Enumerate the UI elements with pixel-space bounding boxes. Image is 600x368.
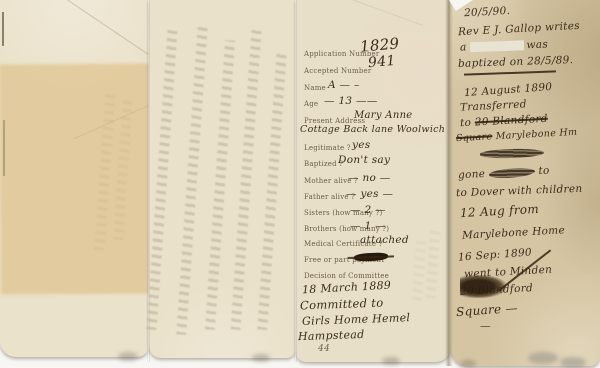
form-value-medical-certificate: attached (360, 234, 409, 246)
decision-initials: 44 (318, 344, 330, 354)
bleedthrough-column (176, 25, 208, 335)
note-text: to Dover with children (456, 183, 583, 199)
bleedthrough-column (257, 50, 287, 330)
note-line: Square — (456, 301, 519, 319)
bleedthrough-column (426, 228, 441, 299)
shadow (460, 360, 476, 367)
note-text: 12 August 1890 (464, 81, 553, 99)
redaction-box (469, 40, 523, 52)
form-label-accepted-number: Accepted Number (304, 67, 371, 75)
form-label-legitimate: Legitimate ? (304, 144, 351, 152)
note-text: Marylebone Home (462, 224, 566, 241)
note-line: Transferred (460, 98, 527, 113)
note-text: baptized on 28/5/89. (458, 54, 574, 70)
note-text: 20/5/90. (464, 5, 511, 19)
note-text: was (526, 38, 548, 51)
shadow (252, 354, 270, 362)
scribbled-out-line (480, 148, 544, 159)
bleedthrough-column (231, 30, 262, 330)
note-dash: — (480, 320, 491, 332)
note-text: Marylebone Hm (492, 127, 578, 142)
form-value-brothers: — 1 — (350, 220, 386, 232)
scanned-document-photo: Application Number 1829 Accepted Number … (0, 0, 600, 368)
note-text: to (460, 117, 475, 130)
scribbled-out-word (489, 166, 536, 179)
form-value-accepted-number: 941 (367, 53, 396, 71)
paper-panel-4-notes: 20/5/90. Rev E J. Gallop writes awas bap… (450, 0, 600, 366)
ink-blot (460, 275, 506, 298)
note-text: Rev E J. Gallop writes (458, 20, 580, 38)
fold-crease-mark (319, 0, 423, 26)
note-line: Rev E J. Gallop writes (458, 20, 580, 38)
fold-crease (294, 0, 297, 362)
bleedthrough-column (412, 240, 426, 301)
decision-line-date: 18 March 1889 (302, 279, 392, 297)
form-label-name: Name (304, 84, 326, 92)
form-value-father-alive: — yes — (346, 188, 393, 200)
struck-text: 20 Blandford (475, 113, 549, 129)
shadow (118, 352, 138, 361)
note-date: 16 Sep: 1890 (458, 246, 533, 263)
note-text: a (460, 41, 467, 53)
note-text: gone (458, 168, 489, 182)
note-date: 20/5/90. (464, 5, 511, 19)
underline-stroke (464, 70, 556, 75)
note-line: to Dover with children (456, 183, 583, 199)
struck-text: Square (456, 131, 493, 144)
form-value-mother-alive: — no — (348, 172, 391, 184)
paper-edge-mark (2, 12, 4, 46)
decision-line: Girls Home Hemel (302, 311, 411, 328)
note-date: 12 Aug from (460, 202, 540, 220)
decision-line: Committed to (300, 296, 384, 313)
paper-panel-1 (0, 0, 149, 357)
fold-crease (147, 0, 150, 362)
note-text: to (535, 165, 550, 178)
form-value-baptized: Don't say (338, 154, 390, 166)
shadow (382, 357, 400, 365)
fold-crease-mark (41, 0, 149, 55)
panel-edge-gap (445, 0, 453, 366)
paper-edge-mark (3, 120, 5, 176)
paper-panel-2 (149, 0, 296, 358)
decision-line: Hampstead (298, 328, 365, 343)
gray-smudge (560, 357, 586, 368)
note-line: baptized on 28/5/89. (458, 54, 574, 70)
note-line: gone to (458, 165, 550, 182)
note-text: — (480, 320, 491, 332)
bleedthrough-column (147, 30, 178, 330)
note-line: Square Marylebone Hm (456, 127, 578, 144)
form-value-legitimate: yes (352, 139, 370, 151)
note-text: 16 Sep: 1890 (458, 246, 533, 263)
paper-panel-3-form: Application Number 1829 Accepted Number … (296, 0, 450, 362)
note-line: Marylebone Home (462, 224, 566, 241)
form-value-address-line2: Cottage Back lane Woolwich (300, 124, 445, 135)
gray-smudge (528, 352, 558, 364)
form-label-age: Age (304, 100, 318, 108)
paper-stain (0, 63, 156, 294)
note-text: Transferred (460, 98, 527, 113)
note-date: 12 August 1890 (464, 81, 553, 99)
note-text: 12 Aug from (460, 202, 540, 220)
form-value-sisters: — 2 — (350, 204, 386, 216)
bleedthrough-column (205, 40, 235, 330)
form-value-age: — 13 —— (324, 95, 378, 107)
note-text: Square — (456, 301, 519, 319)
form-value-address-line1: Mary Anne (354, 110, 413, 121)
note-line-with-redaction: awas (460, 38, 548, 53)
form-value-name: A — – (328, 79, 360, 91)
note-line: to 20 Blandford (460, 113, 548, 130)
